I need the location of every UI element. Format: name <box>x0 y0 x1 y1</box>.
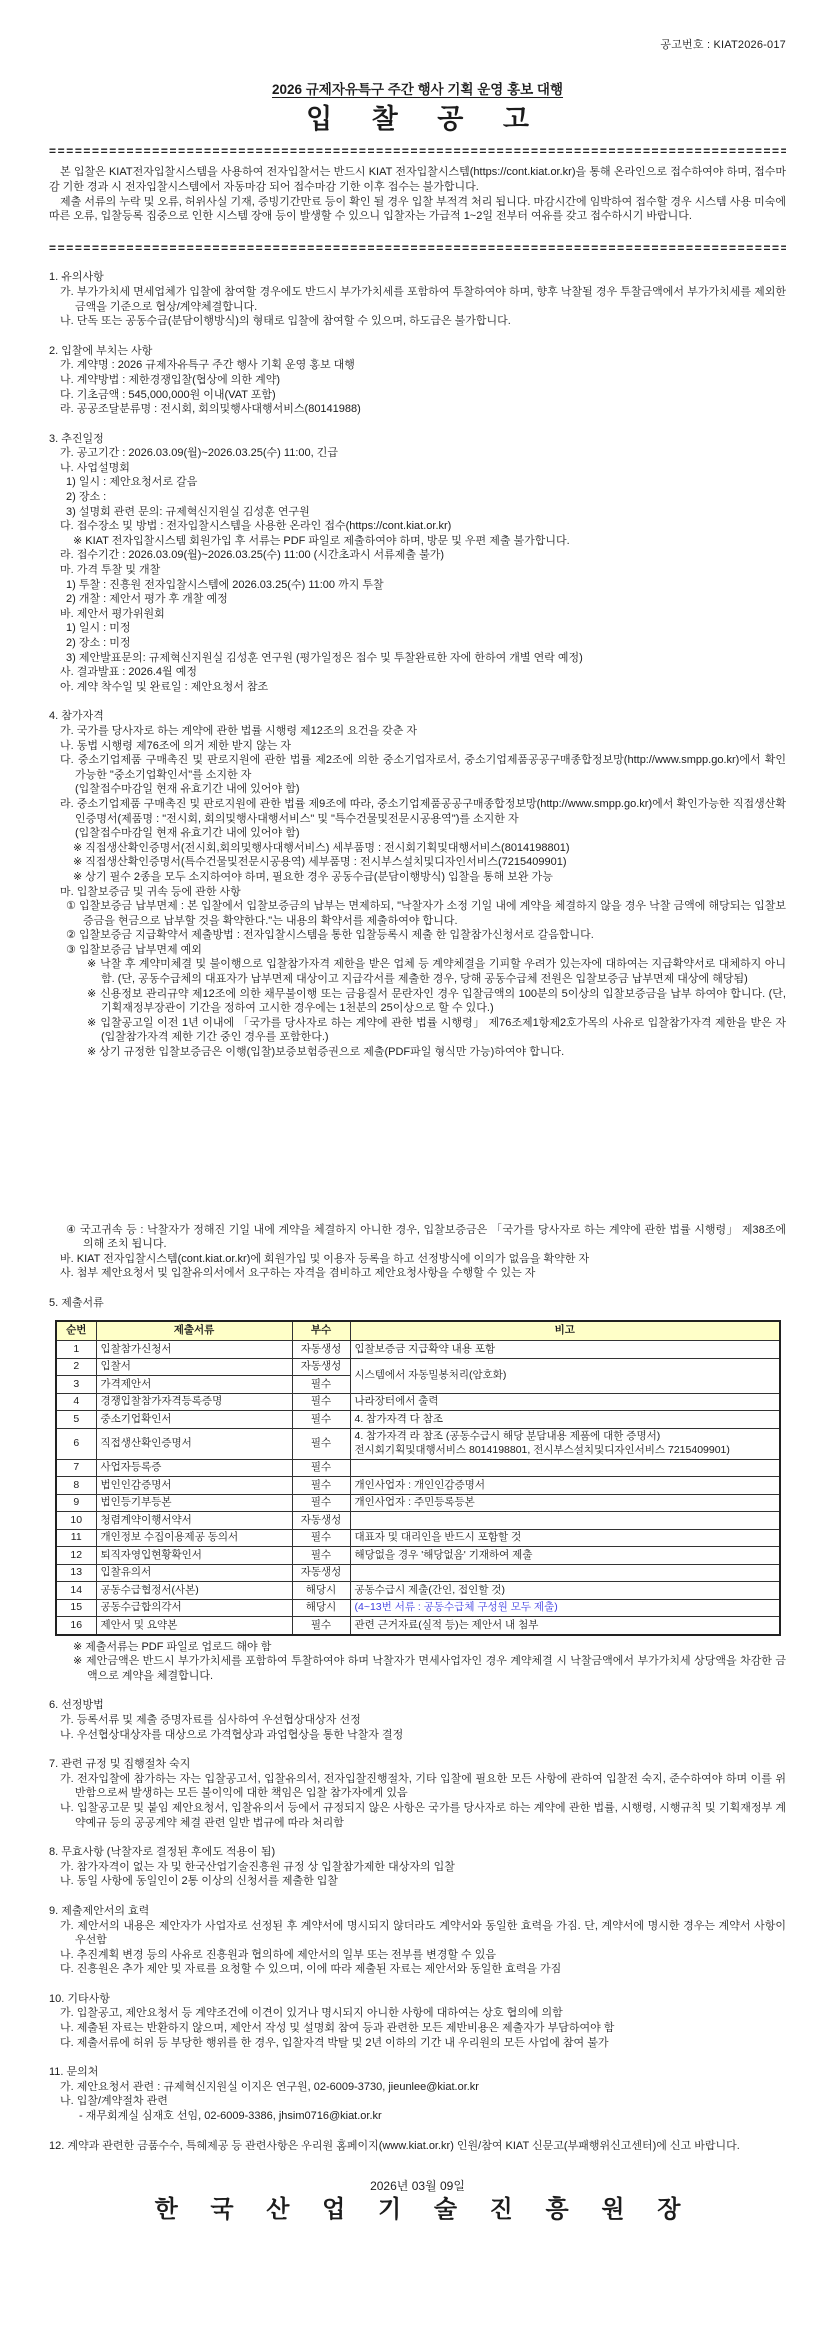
table-cell: 공동수급시 제출(간인, 접인할 것) <box>350 1582 780 1600</box>
doc-line: ※ 입찰공고일 이전 1년 이내에 「국가를 당사자로 하는 계약에 관한 법률… <box>49 1016 786 1045</box>
doc-line: 1) 일시 : 미정 <box>49 621 786 636</box>
table-cell: (4~13번 서류 : 공동수급체 구성원 모두 제출) <box>350 1599 780 1617</box>
page-title: 입 찰 공 고 <box>49 112 786 127</box>
section: 9. 제출제안서의 효력가. 제안서의 내용은 제안자가 사업자로 선정된 후 … <box>49 1904 786 1977</box>
table-header: 부수 <box>292 1321 350 1341</box>
table-cell: 필수 <box>292 1617 350 1635</box>
table-cell: 자동생성 <box>292 1341 350 1359</box>
doc-line: 라. 접수기간 : 2026.03.09(월)~2026.03.25(수) 11… <box>49 548 786 563</box>
table-cell: 4 <box>56 1393 96 1411</box>
doc-line: ① 입찰보증금 납부면제 : 본 입찰에서 입찰보증금의 납부는 면제하되, "… <box>49 899 786 928</box>
table-cell: 4. 참가자격 라 참조 (공동수급시 해당 분담내용 제품에 대한 증명서) … <box>350 1428 780 1459</box>
doc-line: 라. 중소기업제품 구매촉진 및 판로지원에 관한 법률 제9조에 따라, 중소… <box>49 797 786 826</box>
doc-line: 나. 사업설명회 <box>49 461 786 476</box>
doc-line: ④ 국고귀속 등 : 낙찰자가 정해진 기일 내에 계약을 체결하지 아니한 경… <box>49 1223 786 1252</box>
table-header: 순번 <box>56 1321 96 1341</box>
table-header-row: 순번제출서류부수비고 <box>56 1321 780 1341</box>
table-row: 13입찰유의서자동생성 <box>56 1564 780 1582</box>
table-cell: 2 <box>56 1358 96 1376</box>
section-heading: 2. 입찰에 부치는 사항 <box>49 344 786 359</box>
section: 6. 선정방법가. 등록서류 및 제출 증명자료를 심사하여 우선협상대상자 선… <box>49 1698 786 1742</box>
table-cell: 필수 <box>292 1547 350 1565</box>
table-cell: 개인사업자 : 주민등록등본 <box>350 1494 780 1512</box>
doc-line: ※ 직접생산확인증명서(특수건물및전문시공용역) 세부품명 : 전시부스설치및디… <box>49 855 786 870</box>
table-cell: 사업자등록증 <box>96 1459 292 1477</box>
table-cell: 4. 참가자격 다 참조 <box>350 1411 780 1429</box>
table-cell: 입찰유의서 <box>96 1564 292 1582</box>
table-cell: 15 <box>56 1599 96 1617</box>
table-cell: 가격제안서 <box>96 1376 292 1394</box>
table-cell: 중소기업확인서 <box>96 1411 292 1429</box>
table-cell: 직접생산확인증명서 <box>96 1428 292 1459</box>
table-cell: 필수 <box>292 1494 350 1512</box>
table-cell: 입찰참가신청서 <box>96 1341 292 1359</box>
doc-line: 나. 동법 시행령 제76조에 의거 제한 받지 않는 자 <box>49 739 786 754</box>
table-cell: 13 <box>56 1564 96 1582</box>
project-title: 2026 규제자유특구 주간 행사 기획 운영 홍보 대행 <box>49 83 786 98</box>
doc-line: 2) 장소 : 미정 <box>49 636 786 651</box>
section: 1. 유의사항가. 부가가치세 면세업체가 입찰에 참여할 경우에도 반드시 부… <box>49 270 786 328</box>
doc-line: 가. 계약명 : 2026 규제자유특구 주간 행사 기획 운영 홍보 대행 <box>49 358 786 373</box>
doc-line: 가. 참가자격이 없는 자 및 한국산업기술진흥원 규정 상 입찰참가제한 대상… <box>49 1860 786 1875</box>
footer: 2026년 03월 09일 한 국 산 업 기 술 진 흥 원 장 <box>49 2179 786 2217</box>
doc-line: 아. 계약 착수일 및 완료일 : 제안요청서 참조 <box>49 680 786 695</box>
table-cell: 8 <box>56 1477 96 1495</box>
table-cell: 9 <box>56 1494 96 1512</box>
doc-line: - 재무회계실 심재호 선임, 02-6009-3386, jhsim0716@… <box>49 2109 786 2124</box>
table-notes: ※ 제출서류는 PDF 파일로 업로드 해야 함※ 제안금액은 반드시 부가가치… <box>49 1640 786 1684</box>
doc-line: 2) 장소 : <box>49 490 786 505</box>
table-cell: 5 <box>56 1411 96 1429</box>
doc-line: 3) 제안발표문의: 규제혁신지원실 김성훈 연구원 (평가일정은 접수 및 투… <box>49 651 786 666</box>
doc-line: 나. 단독 또는 공동수급(분담이행방식)의 형태로 입찰에 참여할 수 있으며… <box>49 314 786 329</box>
table-row: 7사업자등록증필수 <box>56 1459 780 1477</box>
section: 4. 참가자격가. 국가를 당사자로 하는 계약에 관한 법률 시행령 제12조… <box>49 709 786 1281</box>
separator-top: ========================================… <box>49 144 786 159</box>
doc-line: 1) 일시 : 제안요청서로 갈음 <box>49 475 786 490</box>
table-row: 16제안서 및 요약본필수관련 근거자료(실적 등)는 제안서 내 첨부 <box>56 1617 780 1635</box>
intro-notice: 본 입찰은 KIAT전자입찰시스템을 사용하여 전자입찰서는 반드시 KIAT … <box>49 165 786 223</box>
doc-line: ※ 낙찰 후 계약미체결 및 불이행으로 입찰참가자격 제한을 받은 업체 등 … <box>49 957 786 986</box>
section-heading: 7. 관련 규정 및 집행절차 숙지 <box>49 1757 786 1772</box>
doc-line: 라. 공공조달분류명 : 전시회, 회의및행사대행서비스(80141988) <box>49 402 786 417</box>
issue-date: 2026년 03월 09일 <box>49 2179 786 2194</box>
table-cell: 해당없을 경우 '해당없음' 기재하여 제출 <box>350 1547 780 1565</box>
table-cell: 11 <box>56 1529 96 1547</box>
table-cell <box>350 1512 780 1530</box>
section: 3. 추진일정가. 공고기간 : 2026.03.09(월)~2026.03.2… <box>49 432 786 695</box>
table-cell: 법인인감증명서 <box>96 1477 292 1495</box>
doc-line: 나. 입찰/계약절차 관련 <box>49 2094 786 2109</box>
table-cell: 필수 <box>292 1459 350 1477</box>
table-cell: 해당시 <box>292 1599 350 1617</box>
doc-line: 마. 가격 투찰 및 개찰 <box>49 563 786 578</box>
table-cell: 필수 <box>292 1376 350 1394</box>
doc-line: 다. 기초금액 : 545,000,000원 이내(VAT 포함) <box>49 388 786 403</box>
table-cell: 법인등기부등본 <box>96 1494 292 1512</box>
issuer-signature: 한 국 산 업 기 술 진 흥 원 장 <box>49 2203 786 2218</box>
table-cell <box>350 1564 780 1582</box>
table-cell: 16 <box>56 1617 96 1635</box>
doc-line: ② 입찰보증금 지급확약서 제출방법 : 전자입찰시스템을 통한 입찰등록시 제… <box>49 928 786 943</box>
table-cell: 필수 <box>292 1393 350 1411</box>
doc-line: 다. 중소기업제품 구매촉진 및 판로지원에 관한 법률 제2조에 의한 중소기… <box>49 753 786 782</box>
table-cell: 관련 근거자료(실적 등)는 제안서 내 첨부 <box>350 1617 780 1635</box>
doc-line: 사. 첨부 제안요청서 및 입찰유의서에서 요구하는 자격을 겸비하고 제안요청… <box>49 1266 786 1281</box>
table-cell: 자동생성 <box>292 1358 350 1376</box>
section-heading: 3. 추진일정 <box>49 432 786 447</box>
table-row: 5중소기업확인서필수4. 참가자격 다 참조 <box>56 1411 780 1429</box>
table-cell: 1 <box>56 1341 96 1359</box>
table-cell: 공동수급협정서(사본) <box>96 1582 292 1600</box>
doc-line: 나. 우선협상대상자를 대상으로 가격협상과 과업협상을 통한 낙찰자 결정 <box>49 1728 786 1743</box>
table-cell: 대표자 및 대리인을 반드시 포함할 것 <box>350 1529 780 1547</box>
table-cell: 청렴계약이행서약서 <box>96 1512 292 1530</box>
table-cell: 필수 <box>292 1428 350 1459</box>
table-row: 8법인인감증명서필수개인사업자 : 개인인감증명서 <box>56 1477 780 1495</box>
document-body: 1. 유의사항가. 부가가치세 면세업체가 입찰에 참여할 경우에도 반드시 부… <box>49 270 786 2153</box>
table-cell: 해당시 <box>292 1582 350 1600</box>
section: 5. 제출서류순번제출서류부수비고1입찰참가신청서자동생성입찰보증금 지급확약 … <box>49 1296 786 1683</box>
table-cell: 14 <box>56 1582 96 1600</box>
section-heading: 4. 참가자격 <box>49 709 786 724</box>
doc-line: (입찰접수마감일 현재 유효기간 내에 있어야 함) <box>49 782 786 797</box>
doc-line: 가. 공고기간 : 2026.03.09(월)~2026.03.25(수) 11… <box>49 446 786 461</box>
table-cell: 입찰서 <box>96 1358 292 1376</box>
doc-line: 나. 입찰공고문 및 붙임 제안요청서, 입찰유의서 등에서 규정되지 않은 사… <box>49 1801 786 1830</box>
table-cell: 입찰보증금 지급확약 내용 포함 <box>350 1341 780 1359</box>
section-heading: 12. 계약과 관련한 금품수수, 특혜제공 등 관련사항은 우리원 홈페이지(… <box>49 2139 786 2154</box>
doc-line: 나. 계약방법 : 제한경쟁입찰(협상에 의한 계약) <box>49 373 786 388</box>
doc-line: 가. 전자입찰에 참가하는 자는 입찰공고서, 입찰유의서, 전자입찰진행절차,… <box>49 1772 786 1801</box>
table-row: 12퇴직자영입현황확인서필수해당없을 경우 '해당없음' 기재하여 제출 <box>56 1547 780 1565</box>
doc-line: 나. 추진계획 변경 등의 사유로 진흥원과 협의하에 제안서의 일부 또는 전… <box>49 1948 786 1963</box>
separator-bottom: ========================================… <box>49 241 786 256</box>
intro-paragraph: 본 입찰은 KIAT전자입찰시스템을 사용하여 전자입찰서는 반드시 KIAT … <box>49 165 786 194</box>
doc-line: ※ KIAT 전자입찰시스템 회원가입 후 서류는 PDF 파일로 제출하여야 … <box>49 534 786 549</box>
table-header: 비고 <box>350 1321 780 1341</box>
table-cell: 자동생성 <box>292 1564 350 1582</box>
doc-line: 사. 결과발표 : 2026.4월 예정 <box>49 665 786 680</box>
doc-line: 가. 입찰공고, 제안요청서 등 계약조건에 이견이 있거나 명시되지 아니한 … <box>49 2006 786 2021</box>
table-cell: 12 <box>56 1547 96 1565</box>
doc-line: 다. 제출서류에 허위 등 부당한 행위를 한 경우, 입찰자격 박탈 및 2년… <box>49 2036 786 2051</box>
submission-documents-table: 순번제출서류부수비고1입찰참가신청서자동생성입찰보증금 지급확약 내용 포함2입… <box>55 1320 781 1636</box>
table-row: 9법인등기부등본필수개인사업자 : 주민등록등본 <box>56 1494 780 1512</box>
table-cell: 6 <box>56 1428 96 1459</box>
table-row: 10청렴계약이행서약서자동생성 <box>56 1512 780 1530</box>
table-cell <box>350 1459 780 1477</box>
table-cell: 3 <box>56 1376 96 1394</box>
doc-line: 가. 등록서류 및 제출 증명자료를 심사하여 우선협상대상자 선정 <box>49 1713 786 1728</box>
doc-line: 마. 입찰보증금 및 귀속 등에 관한 사항 <box>49 885 786 900</box>
table-cell: 10 <box>56 1512 96 1530</box>
table-row: 15공동수급합의각서해당시(4~13번 서류 : 공동수급체 구성원 모두 제출… <box>56 1599 780 1617</box>
doc-number: 공고번호 : KIAT2026-017 <box>49 38 786 53</box>
doc-line: 바. KIAT 전자입찰시스템(cont.kiat.or.kr)에 회원가입 및… <box>49 1252 786 1267</box>
doc-line: 가. 부가가치세 면세업체가 입찰에 참여할 경우에도 반드시 부가가치세를 포… <box>49 285 786 314</box>
table-row: 2입찰서자동생성시스템에서 자동밀봉처리(암호화) <box>56 1358 780 1376</box>
section: 2. 입찰에 부치는 사항가. 계약명 : 2026 규제자유특구 주간 행사 … <box>49 344 786 417</box>
table-cell: 시스템에서 자동밀봉처리(암호화) <box>350 1358 780 1393</box>
doc-line: 가. 제안서의 내용은 제안자가 사업자로 선정된 후 계약서에 명시되지 않더… <box>49 1919 786 1948</box>
section-heading: 9. 제출제안서의 효력 <box>49 1904 786 1919</box>
doc-line: 나. 동일 사항에 동일인이 2통 이상의 신청서를 제출한 입찰 <box>49 1874 786 1889</box>
table-row: 14공동수급협정서(사본)해당시공동수급시 제출(간인, 접인할 것) <box>56 1582 780 1600</box>
bid-notice-document: 공고번호 : KIAT2026-017 2026 규제자유특구 주간 행사 기획… <box>0 0 826 2257</box>
section-heading: 8. 무효사항 (낙찰자로 결정된 후에도 적용이 됨) <box>49 1845 786 1860</box>
section-heading: 11. 문의처 <box>49 2065 786 2080</box>
section: 7. 관련 규정 및 집행절차 숙지가. 전자입찰에 참가하는 자는 입찰공고서… <box>49 1757 786 1830</box>
table-cell: 나라장터에서 출력 <box>350 1393 780 1411</box>
table-row: 6직접생산확인증명서필수4. 참가자격 라 참조 (공동수급시 해당 분담내용 … <box>56 1428 780 1459</box>
table-cell: 공동수급합의각서 <box>96 1599 292 1617</box>
doc-line: 가. 제안요청서 관련 : 규제혁신지원실 이지은 연구원, 02-6009-3… <box>49 2080 786 2095</box>
doc-line: 1) 투찰 : 진흥원 전자입찰시스템에 2026.03.25(수) 11:00… <box>49 578 786 593</box>
intro-paragraph: 제출 서류의 누락 및 오류, 허위사실 기재, 증빙기간만료 등이 확인 될 … <box>49 195 786 224</box>
doc-line: ※ 상기 규정한 입찰보증금은 이행(입찰)보증보험증권으로 제출(PDF파일 … <box>49 1045 786 1060</box>
section-heading: 6. 선정방법 <box>49 1698 786 1713</box>
table-row: 1입찰참가신청서자동생성입찰보증금 지급확약 내용 포함 <box>56 1341 780 1359</box>
section-heading: 10. 기타사항 <box>49 1992 786 2007</box>
doc-line: ※ 상기 필수 2종을 모두 소지하여야 하며, 필요한 경우 공동수급(분담이… <box>49 870 786 885</box>
section-heading: 1. 유의사항 <box>49 270 786 285</box>
section-heading: 5. 제출서류 <box>49 1296 786 1311</box>
doc-line: (입찰접수마감일 현재 유효기간 내에 있어야 함) <box>49 826 786 841</box>
table-cell: 퇴직자영입현황확인서 <box>96 1547 292 1565</box>
doc-line: ※ 직접생산확인증명서(전시회,회의및행사대행서비스) 세부품명 : 전시회기획… <box>49 841 786 856</box>
section: 11. 문의처가. 제안요청서 관련 : 규제혁신지원실 이지은 연구원, 02… <box>49 2065 786 2123</box>
table-cell: 필수 <box>292 1477 350 1495</box>
table-cell: 필수 <box>292 1411 350 1429</box>
page-break-gap <box>49 1060 786 1223</box>
table-cell: 필수 <box>292 1529 350 1547</box>
section: 10. 기타사항가. 입찰공고, 제안요청서 등 계약조건에 이견이 있거나 명… <box>49 1992 786 2050</box>
doc-line: ③ 입찰보증금 납부면제 예외 <box>49 943 786 958</box>
table-cell: 자동생성 <box>292 1512 350 1530</box>
doc-line: 3) 설명회 관련 문의: 규제혁신지원실 김성훈 연구원 <box>49 505 786 520</box>
doc-line: 2) 개찰 : 제안서 평가 후 개찰 예정 <box>49 592 786 607</box>
table-cell: 제안서 및 요약본 <box>96 1617 292 1635</box>
doc-line: ※ 제안금액은 반드시 부가가치세를 포함하여 투찰하여야 하며 낙찰자가 면세… <box>49 1654 786 1683</box>
doc-line: 바. 제안서 평가위원회 <box>49 607 786 622</box>
doc-line: 나. 제출된 자료는 반환하지 않으며, 제안서 작성 및 설명회 참여 등과 … <box>49 2021 786 2036</box>
table-cell: 개인정보 수집이용제공 동의서 <box>96 1529 292 1547</box>
table-header: 제출서류 <box>96 1321 292 1341</box>
table-row: 11개인정보 수집이용제공 동의서필수대표자 및 대리인을 반드시 포함할 것 <box>56 1529 780 1547</box>
table-row: 4경쟁입찰참가자격등록증명필수나라장터에서 출력 <box>56 1393 780 1411</box>
doc-line: 가. 국가를 당사자로 하는 계약에 관한 법률 시행령 제12조의 요건을 갖… <box>49 724 786 739</box>
table-cell: 개인사업자 : 개인인감증명서 <box>350 1477 780 1495</box>
doc-line: 다. 접수장소 및 방법 : 전자입찰시스템을 사용한 온라인 접수(https… <box>49 519 786 534</box>
table-cell: 7 <box>56 1459 96 1477</box>
table-cell: 경쟁입찰참가자격등록증명 <box>96 1393 292 1411</box>
section: 8. 무효사항 (낙찰자로 결정된 후에도 적용이 됨)가. 참가자격이 없는 … <box>49 1845 786 1889</box>
section: 12. 계약과 관련한 금품수수, 특혜제공 등 관련사항은 우리원 홈페이지(… <box>49 2139 786 2154</box>
doc-line: 다. 진흥원은 추가 제안 및 자료를 요청할 수 있으며, 이에 따라 제출된… <box>49 1962 786 1977</box>
doc-line: ※ 제출서류는 PDF 파일로 업로드 해야 함 <box>49 1640 786 1655</box>
doc-line: ※ 신용정보 관리규약 제12조에 의한 채무불이행 또는 금융질서 문란자인 … <box>49 987 786 1016</box>
